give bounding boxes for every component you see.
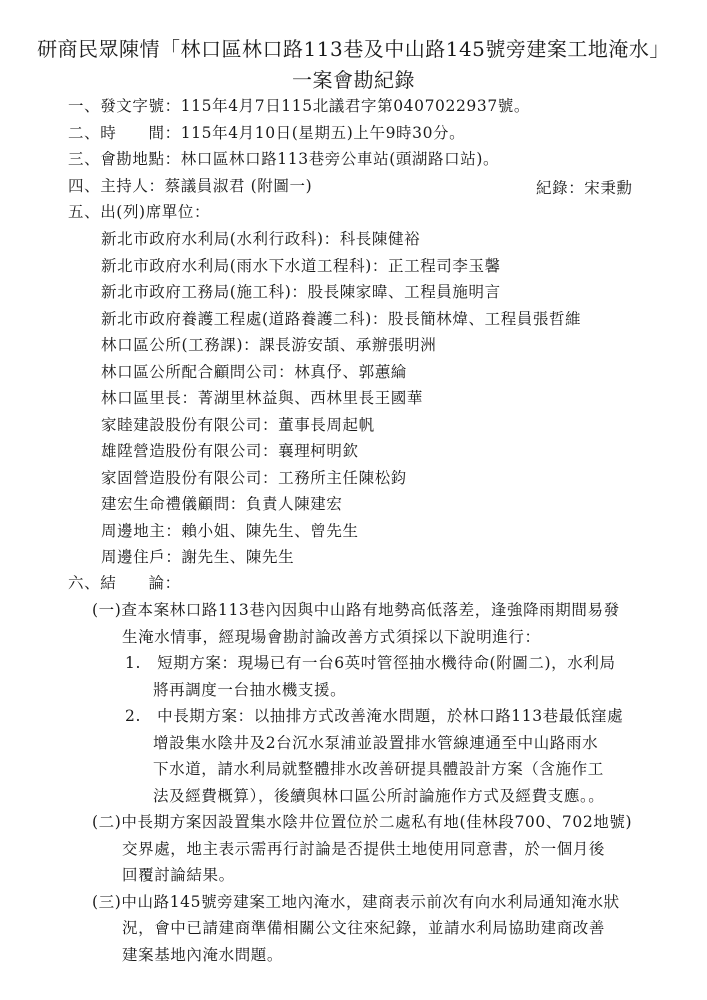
recorder: 紀錄：宋秉勳 xyxy=(536,176,633,198)
attendee-item: 林口區公所(工務課)：課長游安頡、承辦張明洲 xyxy=(101,335,436,355)
time-label: 二、時 間： xyxy=(68,124,181,142)
location-label: 三、會勘地點： xyxy=(68,150,181,168)
conclusion-item-3: (三)中山路145號旁建案工地內淹水，建商表示前次有向水利局通知淹水狀 xyxy=(92,892,620,912)
short-term-plan-cont: 將再調度一台抽水機支援。 xyxy=(153,680,346,700)
issue-number-label: 一、發文字號： xyxy=(68,97,181,115)
attendee-item: 林口區里長：菁湖里林益與、西林里長王國華 xyxy=(101,388,423,408)
host-label: 四、主持人： xyxy=(68,177,165,195)
issue-number-line: 一、發文字號：115年4月7日115北議君字第0407022937號。 xyxy=(68,96,530,116)
host-value: 蔡議員淑君 (附圖一) xyxy=(165,177,313,195)
attendee-item: 雄陞營造股份有限公司：襄理柯明欽 xyxy=(101,441,359,461)
time-line: 二、時 間：115年4月10日(星期五)上午9時30分。 xyxy=(68,123,465,143)
short-term-plan: 1. 短期方案：現場已有一台6英吋管徑抽水機待命(附圖二)，水利局 xyxy=(125,653,616,673)
document-subtitle: 一案會勘紀錄 xyxy=(0,64,707,93)
conclusion-item-2-cont: 交界處，地主表示需再行討論是否提供土地使用同意書，於一個月後 xyxy=(122,839,605,859)
conclusion-heading: 六、結 論： xyxy=(68,573,181,593)
attendee-item: 新北市政府水利局(水利行政科)：科長陳健裕 xyxy=(101,229,420,249)
attendee-item: 新北市政府水利局(雨水下水道工程科)：正工程司李玉馨 xyxy=(101,256,501,276)
mid-long-term-plan-cont: 下水道，請水利局就整體排水改善研提具體設計方案（含施作工 xyxy=(153,759,604,779)
attendee-item: 周邊地主：賴小姐、陳先生、曾先生 xyxy=(101,521,359,541)
attendee-item: 新北市政府工務局(施工科)：股長陳家暐、工程員施明言 xyxy=(101,282,501,302)
conclusion-item-1: (一)查本案林口路113巷內因與中山路有地勢高低落差，逢強降雨期間易發 xyxy=(92,600,620,620)
issue-number-value: 115年4月7日115北議君字第0407022937號。 xyxy=(181,97,530,115)
mid-long-term-plan: 2. 中長期方案：以抽排方式改善淹水問題，於林口路113巷最低窪處 xyxy=(125,706,623,726)
attendee-item: 建宏生命禮儀顧問：負責人陳建宏 xyxy=(101,494,343,514)
attendee-item: 家固營造股份有限公司：工務所主任陳松鈞 xyxy=(101,468,407,488)
document-page: 研商民眾陳情「林口區林口路113巷及中山路145號旁建案工地淹水」 一案會勘紀錄… xyxy=(0,0,707,1000)
attendees-heading: 五、出(列)席單位： xyxy=(68,202,210,222)
attendee-item: 林口區公所配合顧問公司：林真伃、郭蕙綸 xyxy=(101,362,407,382)
mid-long-term-plan-cont: 增設集水陰井及2台沉水泵浦並設置排水管線連通至中山路雨水 xyxy=(153,733,598,753)
location-line: 三、會勘地點：林口區林口路113巷旁公車站(頭湖路口站)。 xyxy=(68,149,499,169)
conclusion-item-2-cont: 回覆討論結果。 xyxy=(122,865,235,885)
conclusion-item-3-cont: 建案基地內淹水問題。 xyxy=(122,945,283,965)
attendee-item: 家睦建設股份有限公司：董事長周起帆 xyxy=(101,415,375,435)
conclusion-item-2: (二)中長期方案因設置集水陰井位置位於二處私有地(佳林段700、702地號) xyxy=(92,812,632,832)
document-title: 研商民眾陳情「林口區林口路113巷及中山路145號旁建案工地淹水」 xyxy=(0,33,707,62)
conclusion-item-3-cont: 況，會中已請建商準備相關公文往來紀錄，並請水利局協助建商改善 xyxy=(122,918,605,938)
attendee-item: 新北市政府養護工程處(道路養護二科)：股長簡林煒、工程員張哲維 xyxy=(101,309,581,329)
time-value: 115年4月10日(星期五)上午9時30分。 xyxy=(181,124,466,142)
attendee-item: 周邊住戶：謝先生、陳先生 xyxy=(101,547,294,567)
host-line: 四、主持人：蔡議員淑君 (附圖一) xyxy=(68,176,312,196)
location-value: 林口區林口路113巷旁公車站(頭湖路口站)。 xyxy=(181,150,499,168)
mid-long-term-plan-cont: 法及經費概算），後續與林口區公所討論施作方式及經費支應。。 xyxy=(153,786,604,806)
conclusion-item-1-cont: 生淹水情事，經現場會勘討論改善方式須採以下說明進行： xyxy=(122,627,541,647)
